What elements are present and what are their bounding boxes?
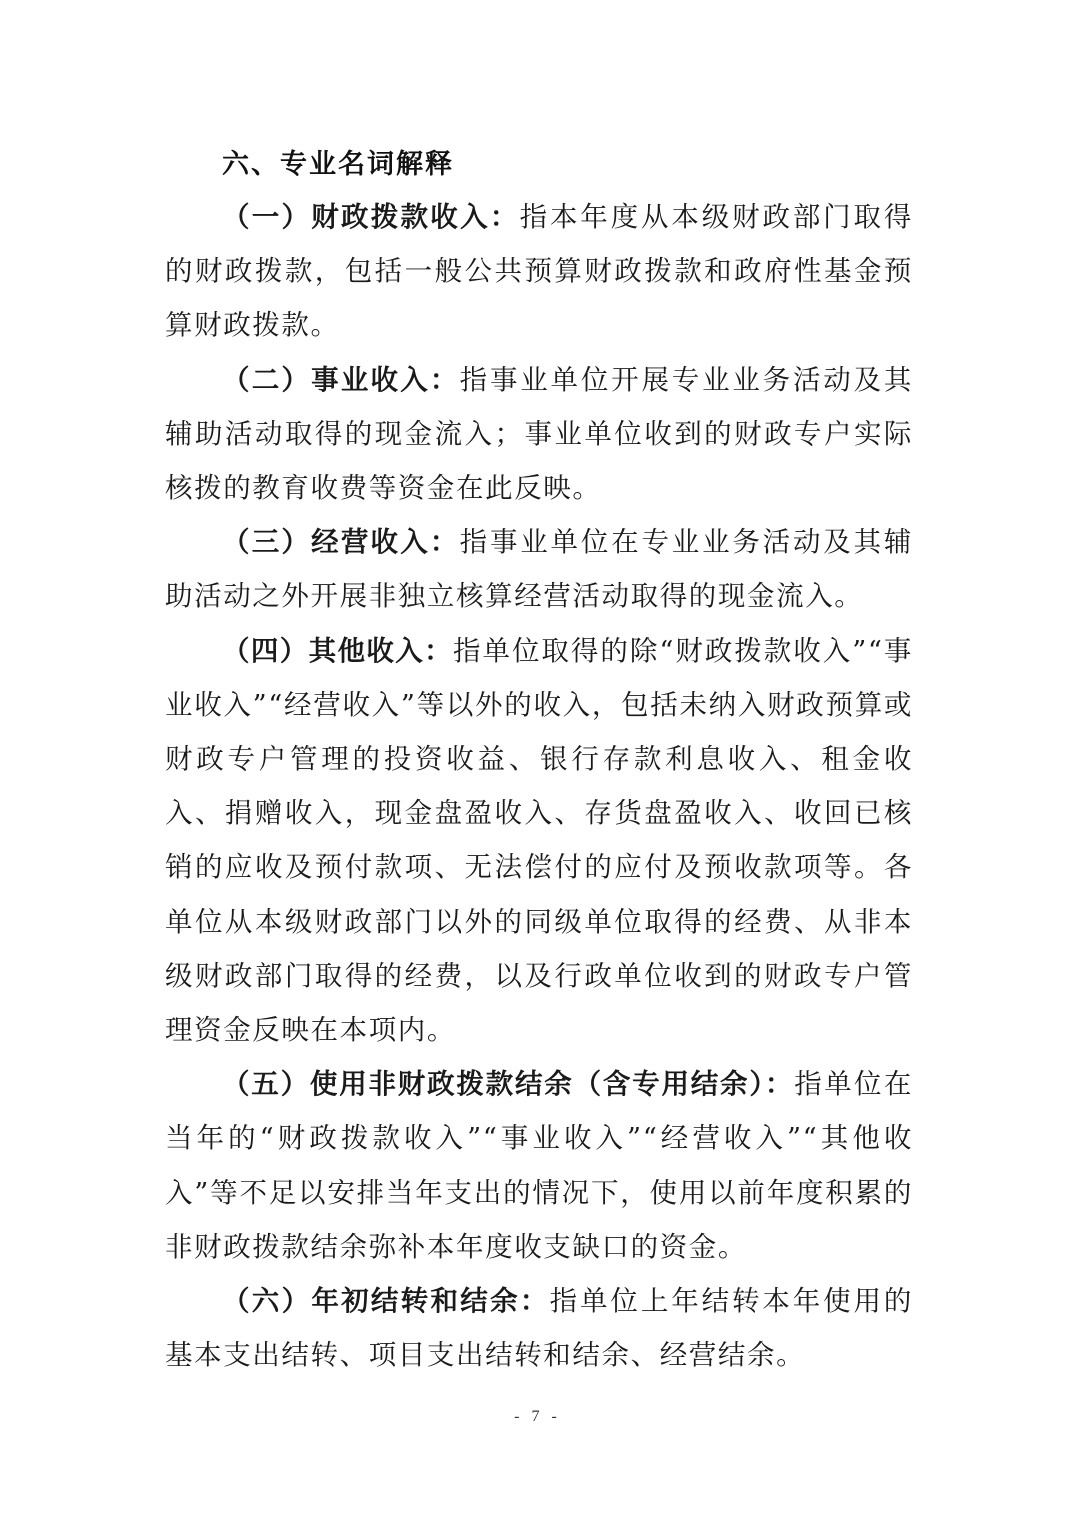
definition-text: 指单位取得的除“财政拨款收入”“事业收入”“经营收入”等以外的收入，包括未纳入财… [165,635,913,1046]
definition-paragraph-2: （二）事业收入：指事业单位开展专业业务活动及其辅助活动取得的现金流入；事业单位收… [165,353,913,516]
definitions-body: （一）财政拨款收入：指本年度从本级财政部门取得的财政拨款，包括一般公共预算财政拨… [165,190,913,1382]
definition-paragraph-3: （三）经营收入：指事业单位在专业业务活动及其辅助活动之外开展非独立核算经营活动取… [165,515,913,623]
definition-paragraph-4: （四）其他收入：指单位取得的除“财政拨款收入”“事业收入”“经营收入”等以外的收… [165,624,913,1058]
section-heading: 六、专业名词解释 [222,138,454,192]
page-number: - 7 - [0,1408,1075,1426]
definition-term: （一）财政拨款收入： [222,201,520,233]
definition-term: （二）事业收入： [222,364,460,396]
definition-paragraph-1: （一）财政拨款收入：指本年度从本级财政部门取得的财政拨款，包括一般公共预算财政拨… [165,190,913,353]
definition-term: （五）使用非财政拨款结余（含专用结余）： [222,1068,794,1100]
definition-term: （三）经营收入： [222,526,460,558]
definition-term: （四）其他收入： [222,635,453,667]
definition-paragraph-5: （五）使用非财政拨款结余（含专用结余）：指单位在当年的“财政拨款收入”“事业收入… [165,1057,913,1274]
definition-term: （六）年初结转和结余： [222,1285,550,1317]
definition-paragraph-6: （六）年初结转和结余：指单位上年结转本年使用的基本支出结转、项目支出结转和结余、… [165,1274,913,1382]
